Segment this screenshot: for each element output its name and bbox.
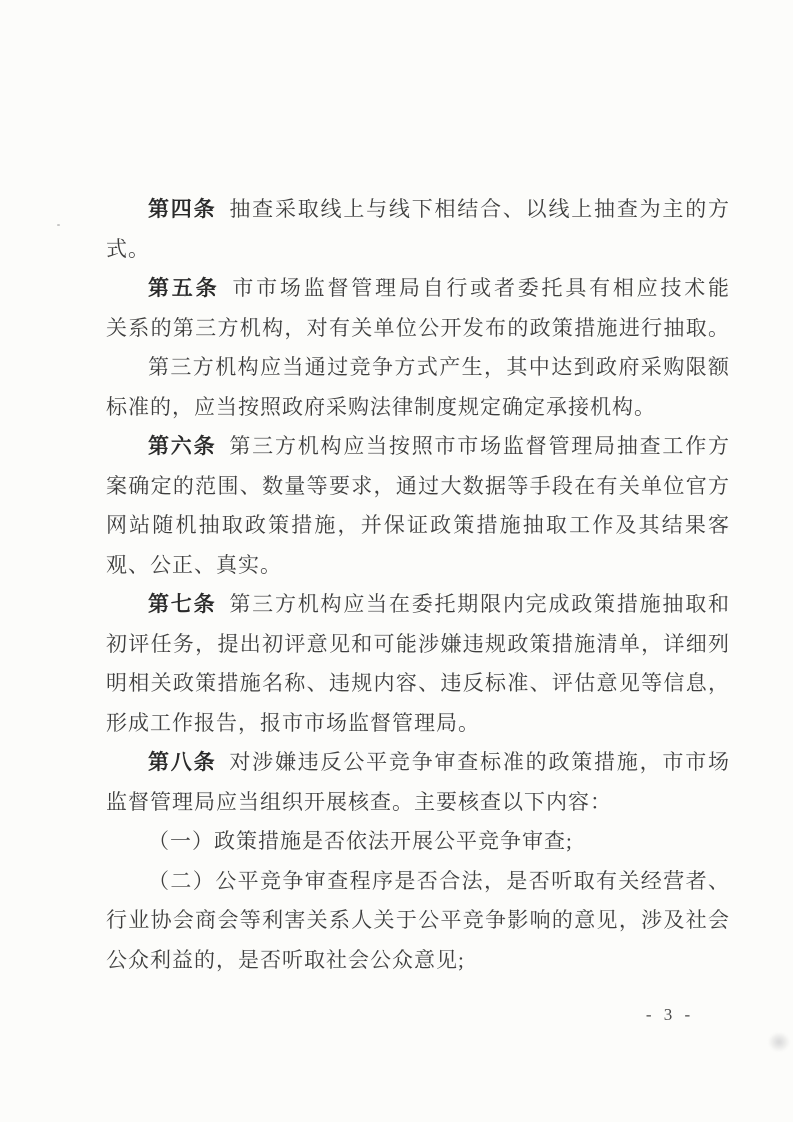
body-text-segment: 行业协会商会等利害关系人关于公平竞争影响的意见，涉及社会 bbox=[106, 908, 730, 932]
text-line: 案确定的范围、数量等要求，通过大数据等手段在有关单位官方 bbox=[106, 467, 730, 507]
text-line: 初评任务，提出初评意见和可能涉嫌违规政策措施清单，详细列 bbox=[106, 625, 730, 665]
text-line: 明相关政策措施名称、违规内容、违反标准、评估意见等信息， bbox=[106, 664, 730, 704]
body-text-segment: 监督管理局应当组织开展核查。主要核查以下内容： bbox=[106, 790, 612, 814]
text-line: 第三方机构应当通过竞争方式产生，其中达到政府采购限额 bbox=[106, 348, 730, 388]
article-number: 第六条 bbox=[148, 434, 216, 458]
text-line: 第四条抽查采取线上与线下相结合、以线上抽查为主的方 bbox=[106, 190, 730, 230]
body-text-segment: 明相关政策措施名称、违规内容、违反标准、评估意见等信息， bbox=[106, 671, 730, 695]
body-text-segment: 初评任务，提出初评意见和可能涉嫌违规政策措施清单，详细列 bbox=[106, 632, 730, 656]
body-text-segment: 观、公正、真实。 bbox=[106, 553, 282, 577]
text-line: 第六条第三方机构应当按照市市场监督管理局抽查工作方 bbox=[106, 427, 730, 467]
text-line: 观、公正、真实。 bbox=[106, 546, 730, 586]
article-number: 第七条 bbox=[148, 592, 216, 616]
body-text-segment: 抽查采取线上与线下相结合、以线上抽查为主的方 bbox=[229, 197, 730, 221]
text-line: 标准的，应当按照政府采购法律制度规定确定承接机构。 bbox=[106, 388, 730, 428]
text-line: 监督管理局应当组织开展核查。主要核查以下内容： bbox=[106, 783, 730, 823]
text-line: 第八条对涉嫌违反公平竞争审查标准的政策措施，市市场 bbox=[106, 743, 730, 783]
text-line: 式。 bbox=[106, 230, 730, 270]
body-text-segment: 第三方机构应当通过竞争方式产生，其中达到政府采购限额 bbox=[148, 355, 730, 379]
body-text-segment: 网站随机抽取政策措施，并保证政策措施抽取工作及其结果客 bbox=[106, 513, 730, 537]
page-number: - 3 - bbox=[640, 1004, 700, 1026]
article-number: 第八条 bbox=[148, 750, 216, 774]
text-line: 关系的第三方机构，对有关单位公开发布的政策措施进行抽取。 bbox=[106, 309, 730, 349]
scan-artifact bbox=[768, 1032, 790, 1052]
body-text-segment: 公众利益的，是否听取社会公众意见; bbox=[106, 948, 465, 972]
body-text-segment: （二）公平竞争审查程序是否合法，是否听取有关经营者、 bbox=[148, 869, 730, 893]
text-line: 行业协会商会等利害关系人关于公平竞争影响的意见，涉及社会 bbox=[106, 901, 730, 941]
text-line: （一）政策措施是否依法开展公平竞争审查; bbox=[106, 822, 730, 862]
document-body: 第四条抽查采取线上与线下相结合、以线上抽查为主的方式。第五条市市场监督管理局自行… bbox=[106, 190, 730, 980]
text-line: 公众利益的，是否听取社会公众意见; bbox=[106, 941, 730, 981]
scanned-document-page: 第四条抽查采取线上与线下相结合、以线上抽查为主的方式。第五条市市场监督管理局自行… bbox=[0, 0, 793, 1122]
body-text-segment: 第三方机构应当按照市市场监督管理局抽查工作方 bbox=[229, 434, 730, 458]
body-text-segment: 案确定的范围、数量等要求，通过大数据等手段在有关单位官方 bbox=[106, 474, 730, 498]
body-text-segment: 标准的，应当按照政府采购法律制度规定确定承接机构。 bbox=[106, 395, 656, 419]
text-line: （二）公平竞争审查程序是否合法，是否听取有关经营者、 bbox=[106, 862, 730, 902]
text-line: 形成工作报告，报市市场监督管理局。 bbox=[106, 704, 730, 744]
body-text-segment: 关系的第三方机构，对有关单位公开发布的政策措施进行抽取。 bbox=[106, 316, 730, 340]
body-text-segment: 形成工作报告，报市市场监督管理局。 bbox=[106, 711, 480, 735]
body-text-segment: 市市场监督管理局自行或者委托具有相应技术能力、无利害 bbox=[148, 276, 730, 309]
body-text-segment: （一）政策措施是否依法开展公平竞争审查; bbox=[148, 829, 573, 853]
article-number: 第五条 bbox=[148, 276, 219, 300]
article-number: 第四条 bbox=[148, 197, 216, 221]
body-text-segment: 对涉嫌违反公平竞争审查标准的政策措施，市市场 bbox=[229, 750, 730, 774]
text-line: 第五条市市场监督管理局自行或者委托具有相应技术能力、无利害 bbox=[106, 269, 730, 309]
body-text-segment: 第三方机构应当在委托期限内完成政策措施抽取和 bbox=[229, 592, 730, 616]
text-line: 第七条第三方机构应当在委托期限内完成政策措施抽取和 bbox=[106, 585, 730, 625]
scan-artifact bbox=[57, 224, 60, 226]
text-line: 网站随机抽取政策措施，并保证政策措施抽取工作及其结果客 bbox=[106, 506, 730, 546]
body-text-segment: 式。 bbox=[106, 237, 150, 261]
